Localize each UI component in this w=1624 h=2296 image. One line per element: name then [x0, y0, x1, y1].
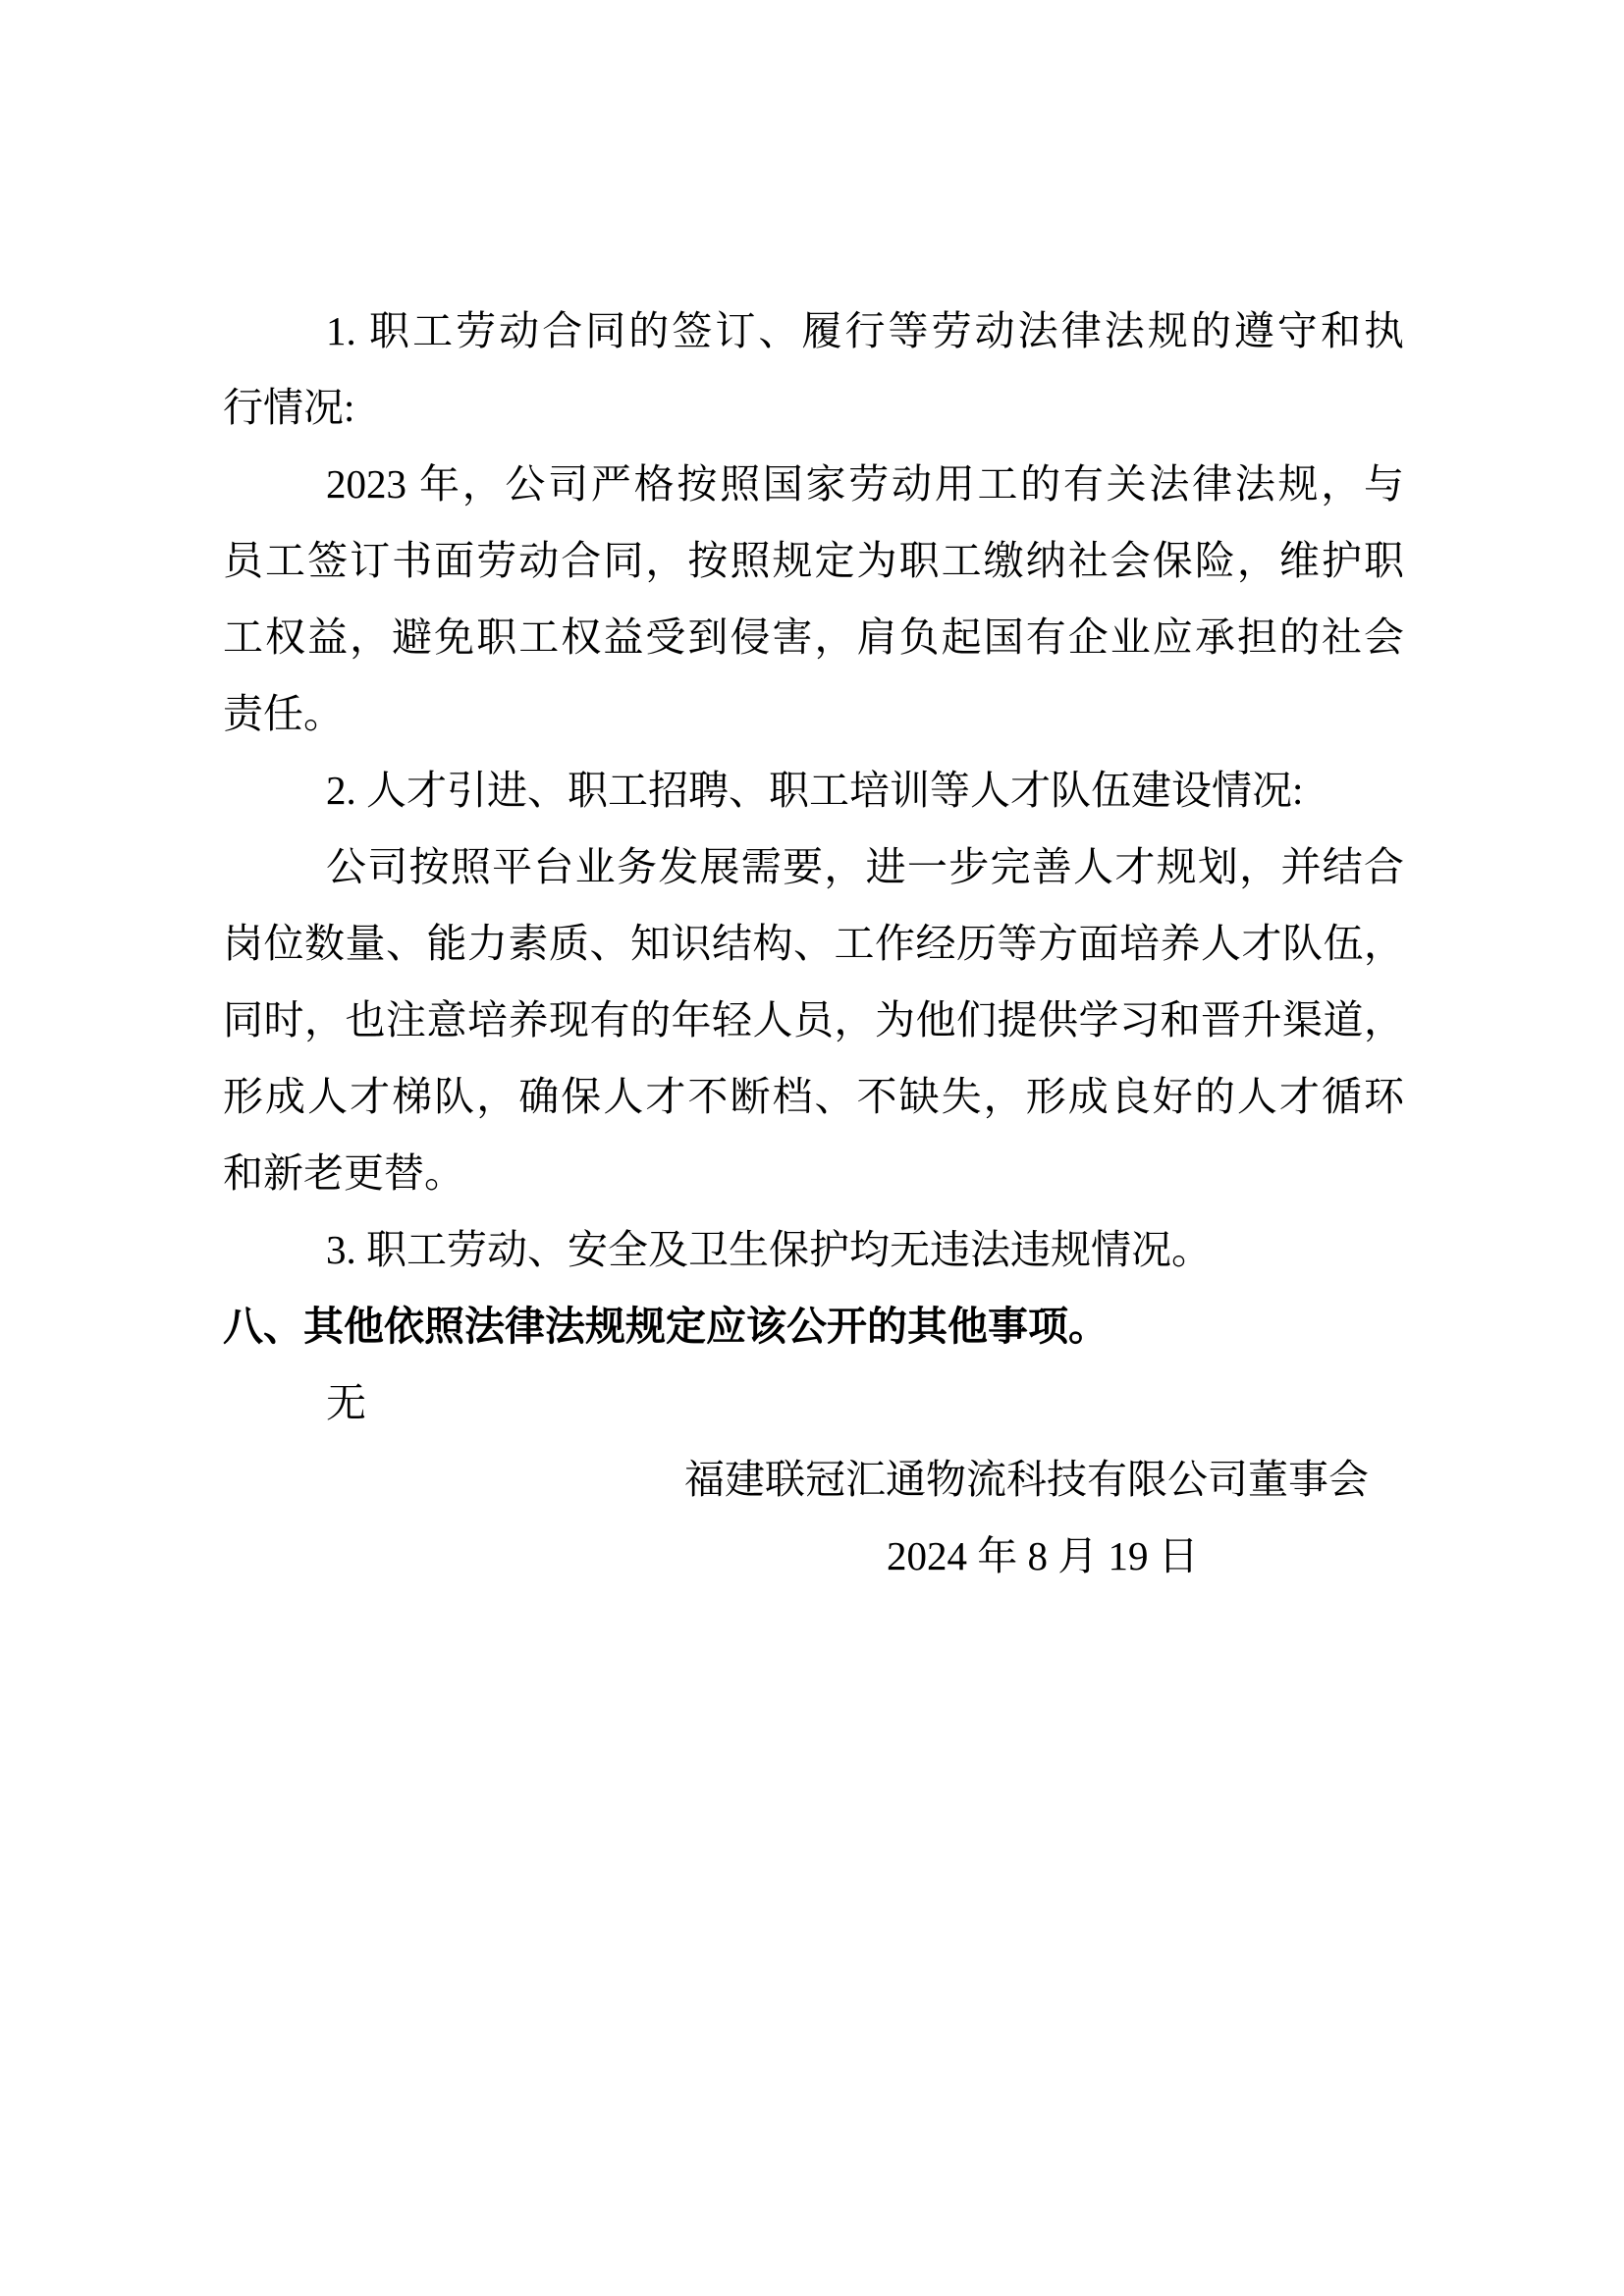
numbered-item-1-line-1: 1. 职工劳动合同的签订、履行等劳动法律法规的遵守和执 [223, 293, 1404, 369]
paragraph-compliance-line-1: 2023 年，公司严格按照国家劳动用工的有关法律法规，与 [223, 446, 1404, 522]
paragraph-talent-line-2: 岗位数量、能力素质、知识结构、工作经历等方面培养人才队伍， [223, 905, 1404, 982]
paragraph-compliance-line-3: 工权益，避免职工权益受到侵害，肩负起国有企业应承担的社会 [223, 599, 1404, 675]
none-placeholder: 无 [223, 1364, 1404, 1441]
paragraph-compliance-line-4: 责任。 [223, 675, 1404, 752]
document-body: 1. 职工劳动合同的签订、履行等劳动法律法规的遵守和执 行情况: 2023 年，… [223, 293, 1404, 1594]
numbered-item-3: 3. 职工劳动、安全及卫生保护均无违法违规情况。 [223, 1211, 1404, 1288]
signature-date: 2024 年 8 月 19 日 [223, 1518, 1404, 1594]
paragraph-talent-line-1: 公司按照平台业务发展需要，进一步完善人才规划，并结合 [223, 828, 1404, 905]
paragraph-talent-line-3: 同时，也注意培养现有的年轻人员，为他们提供学习和晋升渠道， [223, 982, 1404, 1058]
numbered-item-1-line-2: 行情况: [223, 369, 1404, 446]
signature-company: 福建联冠汇通物流科技有限公司董事会 [223, 1441, 1404, 1518]
numbered-item-2: 2. 人才引进、职工招聘、职工培训等人才队伍建设情况: [223, 752, 1404, 828]
section-8-heading: 八、其他依照法律法规规定应该公开的其他事项。 [223, 1288, 1404, 1364]
paragraph-talent-line-5: 和新老更替。 [223, 1135, 1404, 1211]
paragraph-talent-line-4: 形成人才梯队，确保人才不断档、不缺失，形成良好的人才循环 [223, 1058, 1404, 1135]
paragraph-compliance-line-2: 员工签订书面劳动合同，按照规定为职工缴纳社会保险，维护职 [223, 522, 1404, 599]
document-page: 1. 职工劳动合同的签订、履行等劳动法律法规的遵守和执 行情况: 2023 年，… [0, 0, 1624, 2296]
